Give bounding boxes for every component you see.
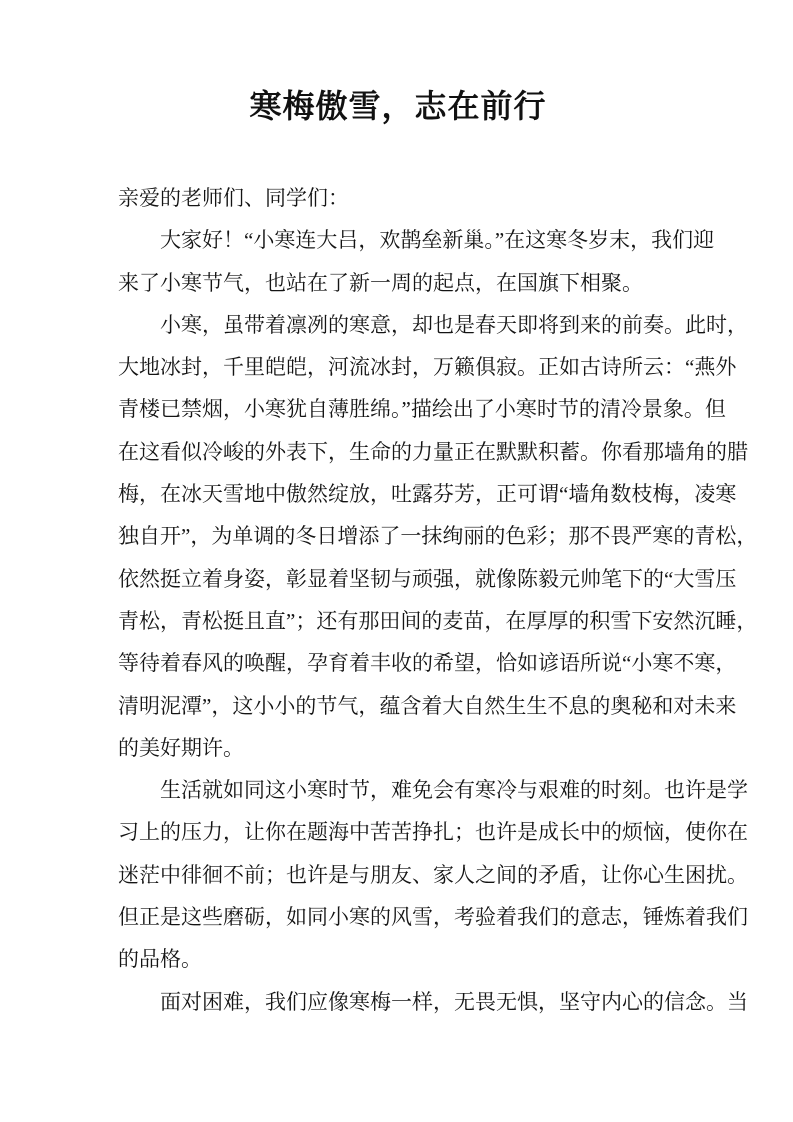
text-line: 依然挺立着身姿，彰显着坚韧与顽强，就像陈毅元帅笔下的“大雪压 <box>118 558 678 600</box>
text-line: 青松，青松挺且直”；还有那田间的麦苗，在厚厚的积雪下安然沉睡， <box>118 600 678 642</box>
text-line: 梅，在冰天雪地中傲然绽放，吐露芬芳，正可谓“墙角数枝梅，凌寒 <box>118 473 678 515</box>
text-line: 大地冰封，千里皑皑，河流冰封，万籁俱寂。正如古诗所云：“燕外 <box>118 346 678 388</box>
text-line: 生活就如同这小寒时节，难免会有寒冷与艰难的时刻。也许是学 <box>118 769 678 811</box>
text-line: 在这看似冷峻的外表下，生命的力量正在默默积蓄。你看那墙角的腊 <box>118 431 678 473</box>
paragraph: 小寒，虽带着凛冽的寒意，却也是春天即将到来的前奏。此时，大地冰封，千里皑皑，河流… <box>118 304 678 769</box>
text-line: 亲爱的老师们、同学们： <box>118 177 678 219</box>
text-line: 等待着春风的唤醒，孕育着丰收的希望，恰如谚语所说“小寒不寒， <box>118 642 678 684</box>
paragraph: 大家好！“小寒连大吕，欢鹊垒新巢。”在这寒冬岁末，我们迎来了小寒节气，也站在了新… <box>118 219 678 304</box>
paragraph: 亲爱的老师们、同学们： <box>118 177 678 219</box>
text-line: 大家好！“小寒连大吕，欢鹊垒新巢。”在这寒冬岁末，我们迎 <box>118 219 678 261</box>
text-line: 但正是这些磨砺，如同小寒的风雪，考验着我们的意志，锤炼着我们 <box>118 896 678 938</box>
text-line: 习上的压力，让你在题海中苦苦挣扎；也许是成长中的烦恼，使你在 <box>118 811 678 853</box>
document-body: 亲爱的老师们、同学们：大家好！“小寒连大吕，欢鹊垒新巢。”在这寒冬岁末，我们迎来… <box>118 177 678 1023</box>
document-title: 寒梅傲雪，志在前行 <box>118 84 678 129</box>
text-line: 清明泥潭”，这小小的节气，蕴含着大自然生生不息的奥秘和对未来 <box>118 685 678 727</box>
text-line: 迷茫中徘徊不前；也许是与朋友、家人之间的矛盾，让你心生困扰。 <box>118 854 678 896</box>
text-line: 青楼已禁烟，小寒犹自薄胜绵。”描绘出了小寒时节的清冷景象。但 <box>118 388 678 430</box>
document-page: 寒梅傲雪，志在前行 亲爱的老师们、同学们：大家好！“小寒连大吕，欢鹊垒新巢。”在… <box>0 0 793 1122</box>
text-line: 面对困难，我们应像寒梅一样，无畏无惧，坚守内心的信念。当 <box>118 981 678 1023</box>
text-line: 小寒，虽带着凛冽的寒意，却也是春天即将到来的前奏。此时， <box>118 304 678 346</box>
text-line: 的品格。 <box>118 938 678 980</box>
paragraph: 面对困难，我们应像寒梅一样，无畏无惧，坚守内心的信念。当 <box>118 981 678 1023</box>
text-line: 的美好期许。 <box>118 727 678 769</box>
text-line: 来了小寒节气，也站在了新一周的起点，在国旗下相聚。 <box>118 262 678 304</box>
paragraph: 生活就如同这小寒时节，难免会有寒冷与艰难的时刻。也许是学习上的压力，让你在题海中… <box>118 769 678 980</box>
text-line: 独自开”，为单调的冬日增添了一抹绚丽的色彩；那不畏严寒的青松， <box>118 515 678 557</box>
